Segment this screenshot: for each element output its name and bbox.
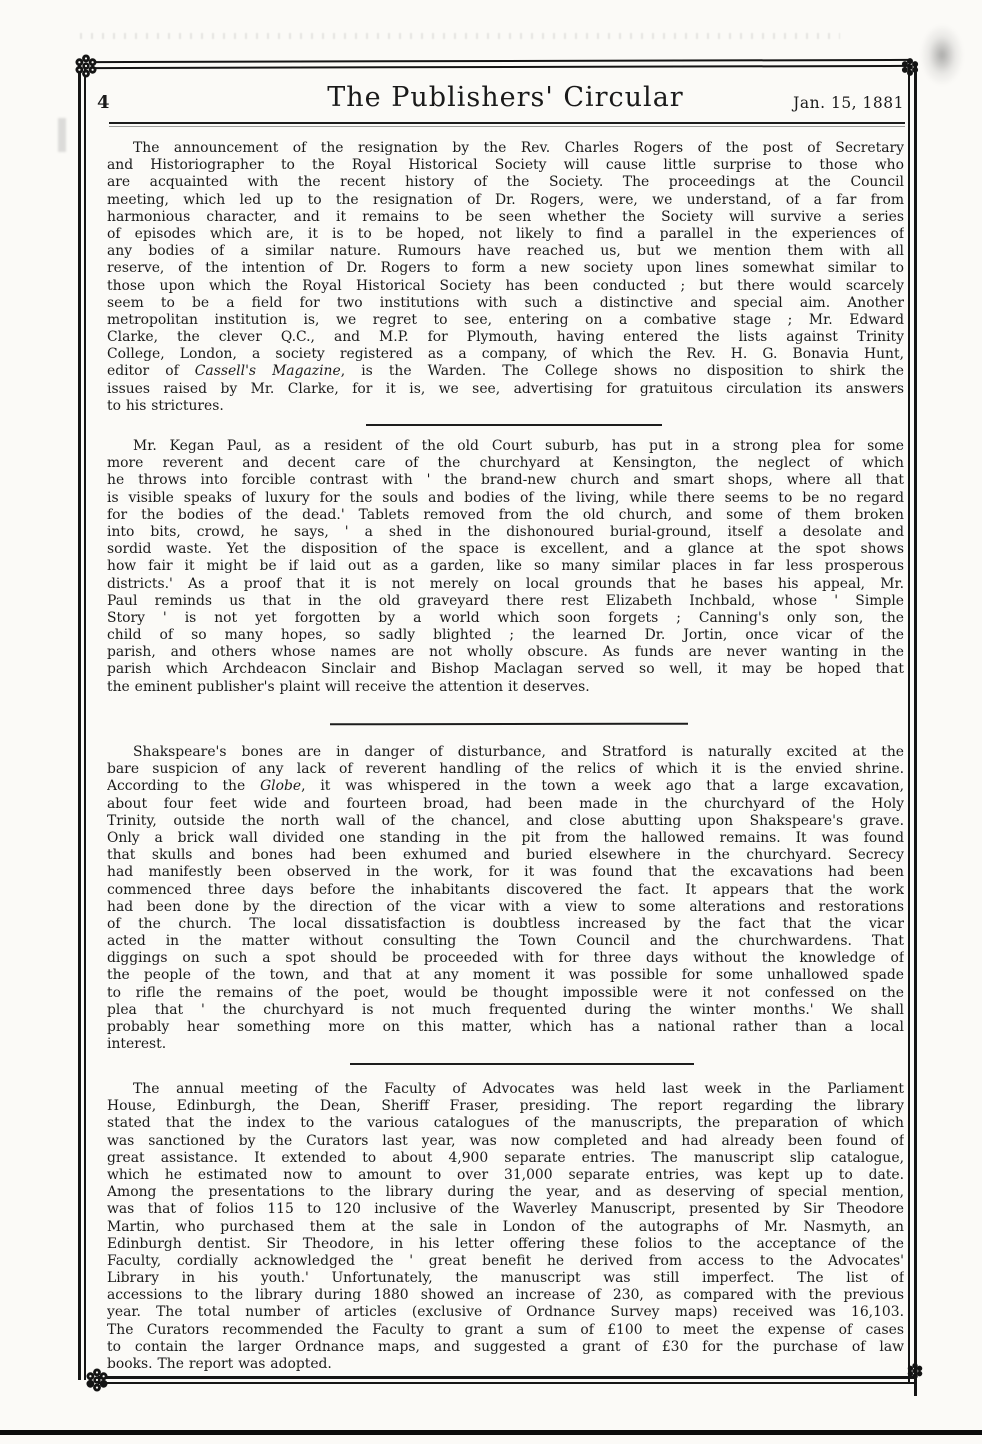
text-line: probably hear something more on this mat…: [107, 1019, 904, 1036]
text-line: how fair it might be if laid out as a ga…: [107, 558, 904, 575]
text-line: metropolitan institution is, we regret t…: [107, 312, 904, 329]
text-line: Trinity, outside the north wall of the c…: [107, 813, 904, 830]
text-line: Mr. Kegan Paul, as a resident of the old…: [107, 438, 904, 455]
text-line: year. The total number of articles (excl…: [107, 1304, 904, 1321]
text-line: Shakspeare's bones are in danger of dist…: [107, 744, 904, 761]
text-line: had been done by the direction of the vi…: [107, 899, 904, 916]
text-line: is visible speaks of luxury for the soul…: [107, 490, 904, 507]
text-line: great assistance. It extended to about 4…: [107, 1150, 904, 1167]
text-line: the eminent publisher's plaint will rece…: [107, 679, 904, 696]
frame-top-rule: [92, 64, 908, 68]
flower-rosette-icon: [900, 57, 920, 77]
flower-rosette-icon: [73, 53, 99, 79]
text-line: which he estimated now to amount to over…: [107, 1167, 904, 1184]
text-line: According to the Globe, it was whispered…: [107, 778, 904, 795]
text-line: that skulls and bones had been exhumed a…: [107, 847, 904, 864]
separator-rule: [366, 424, 662, 426]
text-line: child of so many hopes, so sadly blighte…: [107, 627, 904, 644]
text-line: House, Edinburgh, the Dean, Sheriff Fras…: [107, 1098, 904, 1115]
text-line: commenced three days before the inhabita…: [107, 882, 904, 899]
text-line: any bodies of a similar nature. Rumours …: [107, 243, 904, 260]
text-line: of episodes which are, it is to be hoped…: [107, 226, 904, 243]
text-line: was sanctioned by the Curators last year…: [107, 1133, 904, 1150]
text-line: reserve, of the intention of Dr. Rogers …: [107, 260, 904, 277]
text-line: and Historiographer to the Royal Histori…: [107, 157, 904, 174]
text-line: issues raised by Mr. Clarke, for it is, …: [107, 381, 904, 398]
text-line: Martin, who purchased them at the sale i…: [107, 1219, 904, 1236]
text-line: into bits, crowd, he says, ' a shed in t…: [107, 524, 904, 541]
text-line: The announcement of the resignation by t…: [107, 140, 904, 157]
text-line: Faculty, cordially acknowledged the ' gr…: [107, 1253, 904, 1270]
text-line: Clarke, the clever Q.C., and M.P. for Pl…: [107, 329, 904, 346]
text-line: bare suspicion of any lack of reverent h…: [107, 761, 904, 778]
flower-rosette-icon: [906, 1362, 924, 1380]
article-paragraph: The annual meeting of the Faculty of Adv…: [107, 1081, 904, 1373]
text-line: for the bodies of the dead.' Tablets rem…: [107, 507, 904, 524]
frame-left-rule: [84, 64, 86, 1380]
text-line: diggings on such a spot should be procee…: [107, 950, 904, 967]
frame-bottom-rule: [98, 1382, 914, 1384]
text-line: he throws into forcible contrast with ' …: [107, 472, 904, 489]
scan-smudge: [58, 118, 66, 152]
text-line: Paul reminds us that in the old graveyar…: [107, 593, 904, 610]
text-line: College, London, a society registered as…: [107, 346, 904, 363]
issue-date: Jan. 15, 1881: [700, 94, 904, 112]
scan-smudge: [920, 24, 964, 86]
article-paragraph: Mr. Kegan Paul, as a resident of the old…: [107, 438, 904, 696]
article-paragraph: The announcement of the resignation by t…: [107, 140, 904, 415]
frame-left-rule: [78, 64, 81, 1380]
scan-bottom-edge: [0, 1430, 982, 1435]
text-line: to his strictures.: [107, 398, 904, 415]
text-line: those upon which the Royal Historical So…: [107, 278, 904, 295]
text-line: Among the presentations to the library d…: [107, 1184, 904, 1201]
text-line: Story ' is not yet forgotten by a world …: [107, 610, 904, 627]
article-paragraph: Shakspeare's bones are in danger of dist…: [107, 744, 904, 1053]
text-line: districts.' As a proof that it is not me…: [107, 576, 904, 593]
text-line: accessions to the library during 1880 sh…: [107, 1287, 904, 1304]
text-line: stated that the index to the various cat…: [107, 1115, 904, 1132]
text-line: had manifestly been observed in the work…: [107, 864, 904, 881]
text-line: Library in his youth.' Unfortunately, th…: [107, 1270, 904, 1287]
text-line: sordid waste. Yet the disposition of the…: [107, 541, 904, 558]
frame-right-rule: [908, 64, 910, 1384]
text-line: to rifle the remains of the poet, would …: [107, 985, 904, 1002]
text-line: The Curators recommended the Faculty to …: [107, 1322, 904, 1339]
text-line: harmonious character, and it remains to …: [107, 209, 904, 226]
header-rule: [109, 122, 905, 127]
frame-top-rule: [90, 59, 910, 63]
text-line: about four feet wide and fourteen broad,…: [107, 796, 904, 813]
text-line: to contain the larger Ordnance maps, and…: [107, 1339, 904, 1356]
frame-bottom-rule: [98, 1376, 914, 1379]
text-line: are acquainted with the recent history o…: [107, 174, 904, 191]
text-line: seem to be a field for two institutions …: [107, 295, 904, 312]
text-line: The annual meeting of the Faculty of Adv…: [107, 1081, 904, 1098]
text-line: was that of folios 115 to 120 inclusive …: [107, 1201, 904, 1218]
text-line: acted in the matter without consulting t…: [107, 933, 904, 950]
frame-right-rule: [914, 64, 917, 1396]
separator-rule: [330, 723, 688, 726]
text-line: the people of the town, and that at any …: [107, 967, 904, 984]
text-line: parish which Archdeacon Sinclair and Bis…: [107, 661, 904, 678]
text-line: interest.: [107, 1036, 904, 1053]
text-line: plea that ' the churchyard is not much f…: [107, 1002, 904, 1019]
text-line: of the church. The local dissatisfaction…: [107, 916, 904, 933]
scanned-page: 4 The Publishers' Circular Jan. 15, 1881…: [0, 0, 982, 1444]
text-line: books. The report was adopted.: [107, 1356, 904, 1373]
text-line: more reverent and decent care of the chu…: [107, 455, 904, 472]
text-line: parish, and others whose names are not w…: [107, 644, 904, 661]
separator-rule: [350, 1063, 694, 1065]
scan-speckles: [80, 33, 840, 39]
text-line: Only a brick wall divided one standing i…: [107, 830, 904, 847]
text-line: editor of Cassell's Magazine, is the War…: [107, 363, 904, 380]
text-line: Edinburgh dentist. Sir Theodore, in his …: [107, 1236, 904, 1253]
text-line: meeting, which led up to the resignation…: [107, 192, 904, 209]
